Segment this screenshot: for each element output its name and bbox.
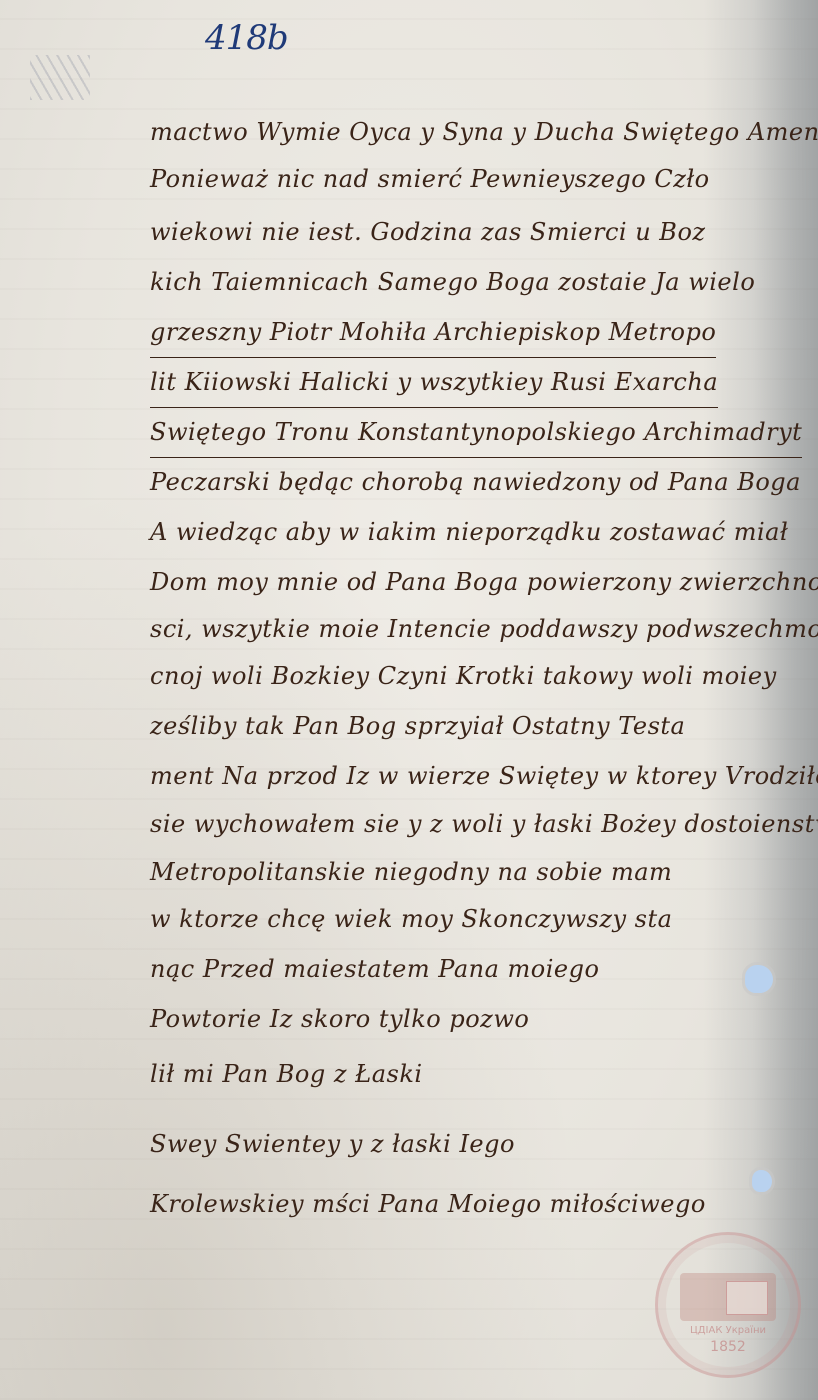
text-line-underlined: lit Kiiowski Halicki y wszytkiey Rusi Ex…	[150, 368, 718, 396]
paper-hole	[752, 1170, 772, 1192]
text-line: lił mi Pan Bog z Łaski	[150, 1060, 423, 1088]
text-line-underlined: grzeszny Piotr Mohiła Archiepiskop Metro…	[150, 318, 716, 346]
book-emblem-icon	[680, 1273, 776, 1321]
text-line: kich Taiemnicach Samego Boga zostaie Ja …	[150, 268, 755, 296]
text-line: wiekowi nie iest. Godzina zas Smierci u …	[150, 218, 706, 246]
text-line: Peczarski będąc chorobą nawiedzony od Pa…	[150, 468, 801, 496]
open-book-icon	[726, 1281, 768, 1315]
text-line: w ktorze chcę wiek moy Skonczywszy sta	[150, 905, 672, 933]
text-line: sie wychowałem sie y z woli y łaski Boże…	[150, 810, 818, 838]
folio-number: 418b	[205, 18, 288, 58]
text-line: sci, wszytkie moie Intencie poddawszy po…	[150, 615, 818, 643]
margin-pencil-mark	[30, 55, 90, 100]
text-line: ment Na przod Iz w wierze Swiętey w ktor…	[150, 762, 818, 790]
text-line: Metropolitanskie niegodny na sobie mam	[150, 858, 672, 886]
manuscript-page: 418b mactwo Wymie Oyca y Syna y Ducha Sw…	[0, 0, 818, 1400]
archive-stamp: ЦДІАК України 1852	[655, 1232, 801, 1378]
text-line: cnoj woli Bozkiey Czyni Krotki takowy wo…	[150, 662, 777, 690]
paper-hole	[745, 965, 773, 993]
text-line: Powtorie Iz skoro tylko pozwo	[150, 1005, 529, 1033]
text-line-underlined: Swiętego Tronu Konstantynopolskiego Arch…	[150, 418, 802, 446]
stamp-name: ЦДІАК України	[658, 1325, 798, 1336]
stamp-year: 1852	[658, 1339, 798, 1355]
text-line: Ponieważ nic nad smierć Pewnieyszego Czł…	[150, 165, 710, 193]
text-line: Krolewskiey mści Pana Moiego miłościwego	[150, 1190, 706, 1218]
text-line: nąc Przed maiestatem Pana moiego	[150, 955, 599, 983]
text-line: Swey Swientey y z łaski Iego	[150, 1130, 515, 1158]
text-line: ześliby tak Pan Bog sprzyiał Ostatny Tes…	[150, 712, 685, 740]
text-line: mactwo Wymie Oyca y Syna y Ducha Swięteg…	[150, 118, 818, 146]
text-line: A wiedząc aby w iakim nieporządku zostaw…	[150, 518, 788, 546]
text-line: Dom moy mnie od Pana Boga powierzony zwi…	[150, 568, 818, 596]
